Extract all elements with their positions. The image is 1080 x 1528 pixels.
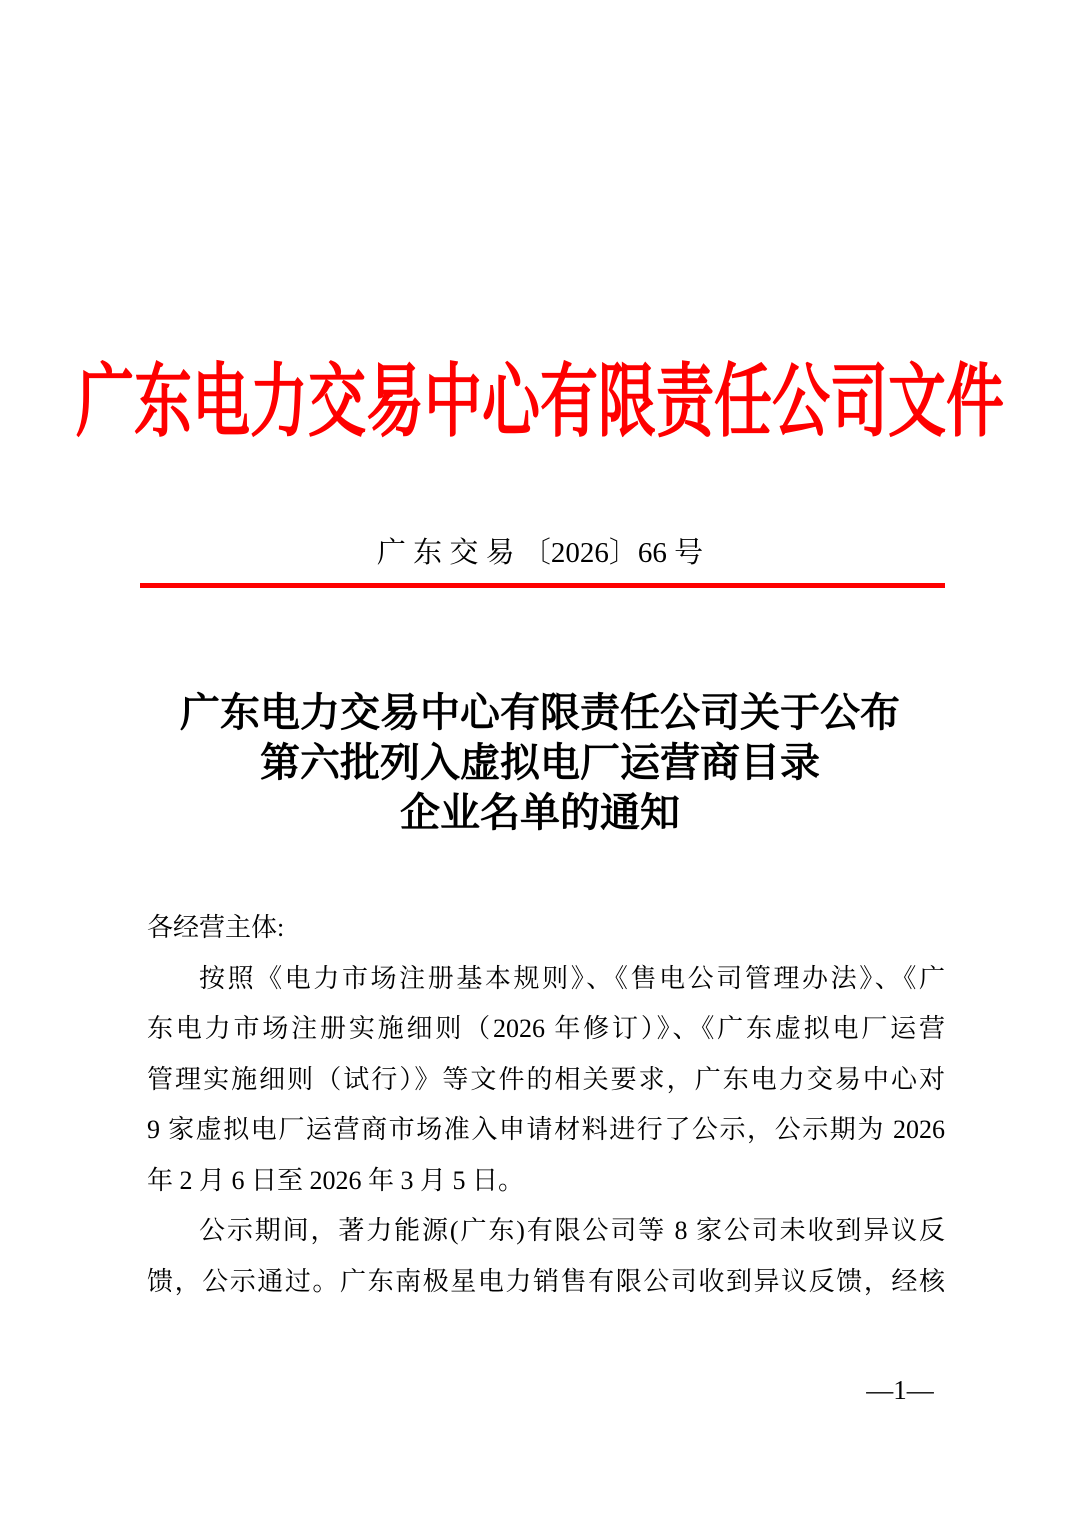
notice-title-line-2: 第六批列入虚拟电厂运营商目录 bbox=[0, 738, 1080, 788]
notice-title-line-3: 企业名单的通知 bbox=[0, 788, 1080, 838]
paragraph1-line-3: 管理实施细则（试行）》等文件的相关要求，广东电力交易中心对 bbox=[147, 1055, 945, 1106]
paragraph2-line-1: 公示期间，著力能源(广东)有限公司等 8 家公司未收到异议反 bbox=[147, 1206, 945, 1257]
letterhead: 广东电力交易中心有限责任公司文件 bbox=[0, 363, 1080, 421]
salutation: 各经营主体: bbox=[147, 903, 945, 954]
notice-title-line-1: 广东电力交易中心有限责任公司关于公布 bbox=[0, 688, 1080, 738]
page-number: —1— bbox=[860, 1374, 940, 1406]
red-separator-line bbox=[140, 583, 945, 588]
document-page: 广东电力交易中心有限责任公司文件 广 东 交 易 〔2026〕66 号 广东电力… bbox=[0, 0, 1080, 1528]
paragraph1-line-2: 东电力市场注册实施细则（2026 年修订）》、《广东虚拟电厂运营 bbox=[147, 1004, 945, 1055]
paragraph1-line-1: 按照《电力市场注册基本规则》、《售电公司管理办法》、《广 bbox=[147, 954, 945, 1005]
paragraph1-line-5: 年 2 月 6 日至 2026 年 3 月 5 日。 bbox=[147, 1156, 945, 1207]
notice-title: 广东电力交易中心有限责任公司关于公布 第六批列入虚拟电厂运营商目录 企业名单的通… bbox=[0, 688, 1080, 838]
notice-body: 各经营主体: 按照《电力市场注册基本规则》、《售电公司管理办法》、《广 东电力市… bbox=[147, 903, 945, 1307]
paragraph1-line-4: 9 家虚拟电厂运营商市场准入申请材料进行了公示，公示期为 2026 bbox=[147, 1105, 945, 1156]
paragraph2-line-2: 馈，公示通过。广东南极星电力销售有限公司收到异议反馈，经核 bbox=[147, 1257, 945, 1308]
letterhead-org-title: 广东电力交易中心有限责任公司文件 bbox=[76, 363, 1004, 443]
document-reference-number: 广 东 交 易 〔2026〕66 号 bbox=[0, 536, 1080, 570]
